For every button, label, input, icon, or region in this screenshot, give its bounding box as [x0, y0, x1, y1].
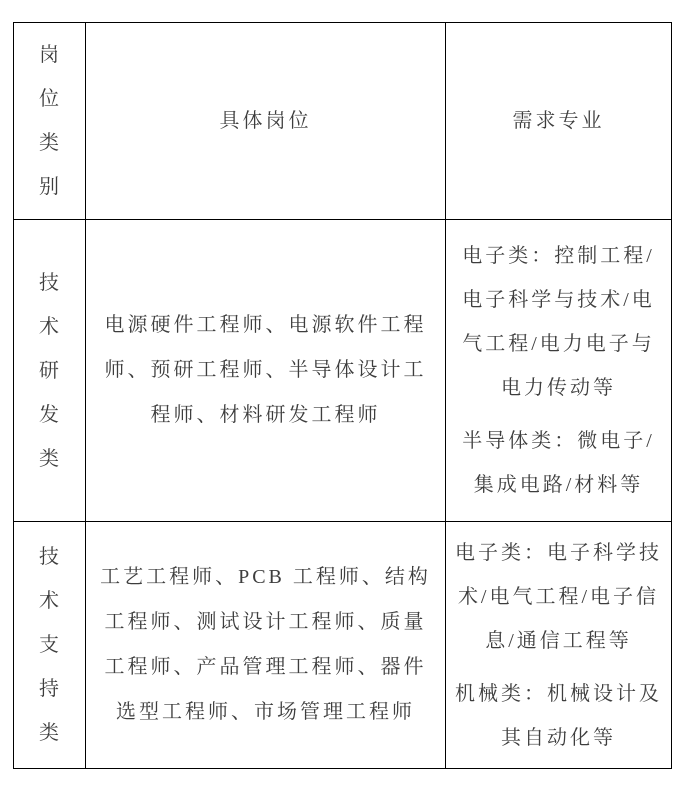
category-label-rd: 技术研发类 — [39, 261, 60, 481]
header-positions-label: 具体岗位 — [95, 99, 436, 144]
majors-paragraph-electronics: 电子类：控制工程/电子科学与技术/电气工程/电力电子与电力传动等 — [455, 234, 662, 410]
category-cell-rd: 技术研发类 — [14, 220, 86, 522]
positions-cell-rd: 电源硬件工程师、电源软件工程师、预研工程师、半导体设计工程师、材料研发工程师 — [86, 220, 446, 522]
header-cell-positions: 具体岗位 — [86, 23, 446, 220]
majors-paragraph-electronics2: 电子类：电子科学技术/电气工程/电子信息/通信工程等 — [455, 531, 662, 663]
job-positions-table: 岗位类别 具体岗位 需求专业 技术研发类 电源硬件工程师、电源软件工程师、预研工… — [13, 22, 672, 769]
header-majors-label: 需求专业 — [455, 99, 662, 144]
category-cell-support: 技术支持类 — [14, 522, 86, 769]
table-header-row: 岗位类别 具体岗位 需求专业 — [14, 23, 672, 220]
majors-cell-rd: 电子类：控制工程/电子科学与技术/电气工程/电力电子与电力传动等 半导体类：微电… — [446, 220, 672, 522]
document-page: 岗位类别 具体岗位 需求专业 技术研发类 电源硬件工程师、电源软件工程师、预研工… — [0, 0, 692, 788]
table-row-rd: 技术研发类 电源硬件工程师、电源软件工程师、预研工程师、半导体设计工程师、材料研… — [14, 220, 672, 522]
header-category-label: 岗位类别 — [39, 33, 60, 209]
majors-cell-support: 电子类：电子科学技术/电气工程/电子信息/通信工程等 机械类：机械设计及其自动化… — [446, 522, 672, 769]
header-cell-majors: 需求专业 — [446, 23, 672, 220]
majors-paragraph-semiconductor: 半导体类：微电子/集成电路/材料等 — [455, 419, 662, 507]
majors-paragraph-mechanical: 机械类：机械设计及其自动化等 — [455, 672, 662, 760]
positions-cell-support: 工艺工程师、PCB 工程师、结构工程师、测试设计工程师、质量工程师、产品管理工程… — [86, 522, 446, 769]
positions-text-rd: 电源硬件工程师、电源软件工程师、预研工程师、半导体设计工程师、材料研发工程师 — [95, 303, 436, 438]
positions-text-support: 工艺工程师、PCB 工程师、结构工程师、测试设计工程师、质量工程师、产品管理工程… — [95, 555, 436, 735]
category-label-support: 技术支持类 — [39, 535, 60, 755]
header-cell-category: 岗位类别 — [14, 23, 86, 220]
table-row-support: 技术支持类 工艺工程师、PCB 工程师、结构工程师、测试设计工程师、质量工程师、… — [14, 522, 672, 769]
